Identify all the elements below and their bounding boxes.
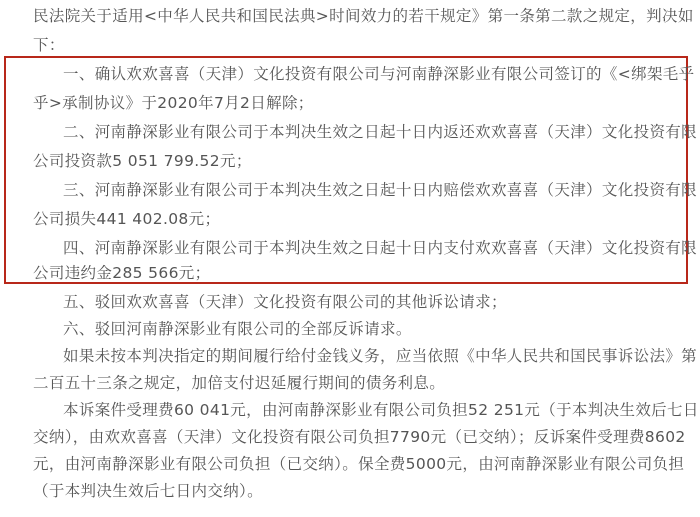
text-line-fees: 本诉案件受理费60 041元，由河南静深影业有限公司负担52 251元（于本判决… [63,400,700,420]
text-line-item-3-cont: 公司损失441 402.08元； [33,209,220,229]
text-line-fees-cont-3: （于本判决生效后七日内交纳）。 [33,481,263,501]
text-line-item-1-cont: 乎>承制协议》于2020年7月2日解除； [33,93,314,113]
text-line-fees-cont-1: 交纳），由欢欢喜喜（天津）文化投资有限公司负担7790元（已交纳）；反诉案件受理… [33,427,686,447]
text-line-item-3: 三、河南静深影业有限公司于本判决生效之日起十日内赔偿欢欢喜喜（天津）文化投资有限 [63,180,697,200]
text-line-item-6: 六、驳回河南静深影业有限公司的全部反诉请求。 [63,319,412,339]
text-line-preamble-end: 下： [33,35,65,55]
text-line-item-4-cont: 公司违约金285 566元； [33,263,211,283]
text-line-item-2: 二、河南静深影业有限公司于本判决生效之日起十日内返还欢欢喜喜（天津）文化投资有限 [63,122,697,142]
text-line-interest-cont: 二百五十三条之规定，加倍支付迟延履行期间的债务利息。 [33,373,445,393]
text-line-item-5: 五、驳回欢欢喜喜（天津）文化投资有限公司的其他诉讼请求； [63,292,507,312]
text-line-interest-clause: 如果未按本判决指定的期间履行给付金钱义务，应当依照《中华人民共和国民事诉讼法》第 [63,346,697,366]
text-line-item-2-cont: 公司投资款5 051 799.52元； [33,151,252,171]
text-line-item-4: 四、河南静深影业有限公司于本判决生效之日起十日内支付欢欢喜喜（天津）文化投资有限 [63,238,697,258]
text-line-preamble: 民法院关于适用<中华人民共和国民法典>时间效力的若干规定》第一条第二款之规定，判… [33,6,694,26]
text-line-item-1: 一、确认欢欢喜喜（天津）文化投资有限公司与河南静深影业有限公司签订的《<绑架毛乎 [63,64,695,84]
text-line-fees-cont-2: 元，由河南静深影业有限公司负担（已交纳）。保全费5000元，由河南静深影业有限公… [33,454,684,474]
